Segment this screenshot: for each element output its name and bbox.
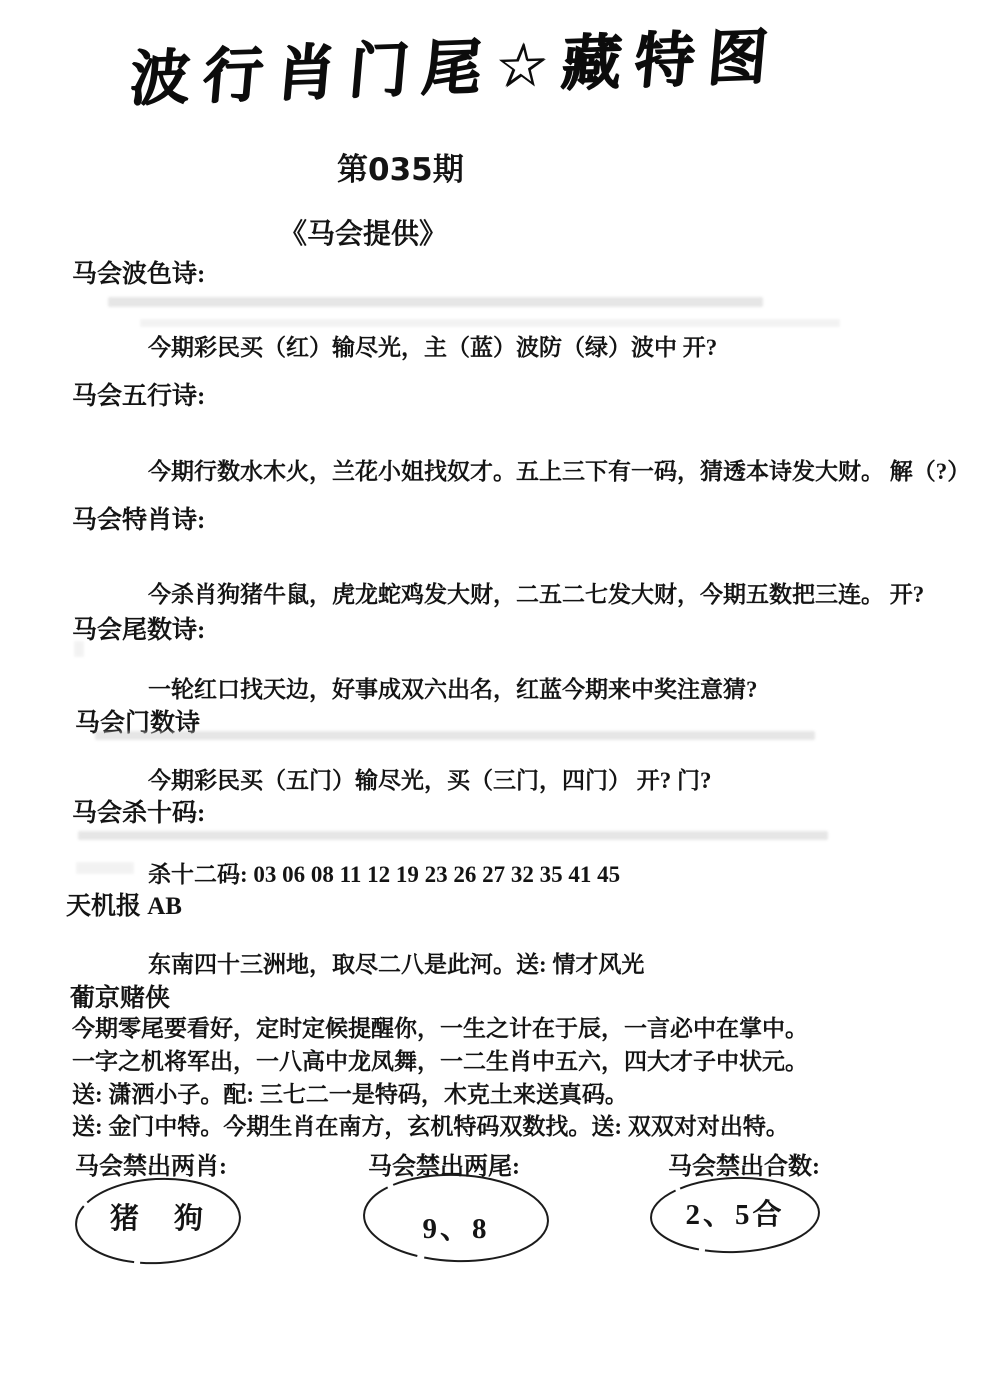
- ghost-text-artifact: [78, 831, 828, 840]
- section-label-bose: 马会波色诗:: [72, 254, 205, 290]
- ghost-text-artifact: [140, 319, 840, 327]
- section-label-tianji: 天机报 AB: [66, 886, 182, 922]
- pujing-line-4: 送: 金门中特。今期生肖在南方，玄机特码双数找。送: 双双对对出特。: [72, 1108, 789, 1141]
- poem-texiao: 今杀肖狗猪牛鼠，虎龙蛇鸡发大财，二五二七发大财，今期五数把三连。 开?: [148, 576, 924, 609]
- ghost-text-artifact: [95, 731, 815, 740]
- section-label-texiao: 马会特肖诗:: [72, 500, 205, 536]
- forbidden-two-zodiac-value: 猪 狗: [72, 1196, 244, 1237]
- poem-shashima: 杀十二码: 03 06 08 11 12 19 23 26 27 32 35 4…: [148, 856, 620, 889]
- section-label-pujing: 葡京赌侠: [70, 978, 170, 1014]
- ghost-text-artifact: [76, 862, 134, 874]
- poem-weishu: 一轮红口找天边，好事成双六出名，红蓝今期来中奖注意猜?: [148, 671, 758, 704]
- page-title: 波行肖门尾☆藏特图: [126, 8, 784, 117]
- ghost-text-artifact: [74, 641, 84, 657]
- poem-menshu: 今期彩民买（五门）输尽光，买（三门，四门） 开? 门?: [148, 762, 712, 795]
- forbidden-two-tails-value: 9、8: [360, 1206, 552, 1247]
- section-label-weishu: 马会尾数诗:: [72, 610, 205, 646]
- pujing-line-1: 今期零尾要看好，定时定候提醒你，一生之计在于辰，一言必中在掌中。: [72, 1010, 808, 1043]
- ghost-text-artifact: [108, 297, 763, 307]
- pujing-line-3: 送: 潇洒小子。配: 三七二一是特码，木克土来送真码。: [72, 1076, 628, 1109]
- section-label-wuxing: 马会五行诗:: [72, 376, 205, 412]
- poem-tianji: 东南四十三洲地，取尽二八是此河。送: 情才风光: [148, 946, 644, 979]
- issue-number: 第035期: [337, 144, 464, 189]
- poem-bose: 今期彩民买（红）输尽光，主（蓝）波防（绿）波中 开?: [148, 329, 717, 362]
- poem-wuxing: 今期行数水木火，兰花小姐找奴才。五上三下有一码，猜透本诗发大财。 解（?）: [148, 453, 970, 486]
- pujing-line-2: 一字之机将军出，一八高中龙凤舞，一二生肖中五六，四大才子中状元。: [72, 1043, 808, 1076]
- lottery-tip-sheet-page: 波行肖门尾☆藏特图 第035期 《马会提供》 马会波色诗: 今期彩民买（红）输尽…: [0, 0, 981, 1388]
- forbidden-sum-value: 2、5合: [648, 1192, 822, 1233]
- section-label-shashima: 马会杀十码:: [72, 793, 205, 829]
- provider-line: 《马会提供》: [279, 212, 447, 252]
